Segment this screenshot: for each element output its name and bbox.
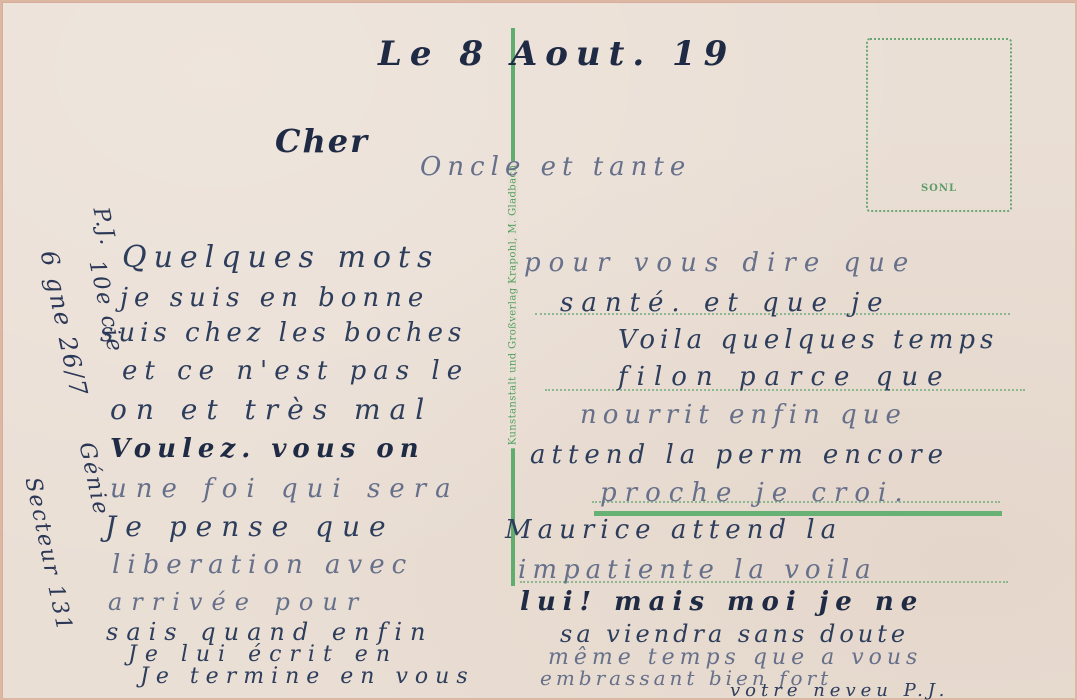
letter-line-5-right: nourrit enfin que bbox=[580, 400, 907, 430]
letter-line-8-left: Je pense que bbox=[105, 510, 395, 543]
margin-note-line-1: P.J. bbox=[88, 205, 121, 249]
letter-line-3-right: Voila quelques temps bbox=[618, 325, 998, 355]
margin-note-line-3: Génie bbox=[74, 440, 114, 518]
letter-signature: votre neveu P.J. bbox=[730, 680, 949, 700]
letter-line-2-right: santé. et que je bbox=[560, 288, 891, 318]
publisher-imprint: Kunstanstalt und Großverlag Krapohl, M. … bbox=[508, 162, 519, 449]
letter-line-6-right: attend la perm encore bbox=[530, 440, 949, 470]
letter-line-10-left: arrivée pour bbox=[108, 588, 367, 616]
letter-line-3-left: suis chez les boches bbox=[100, 318, 466, 348]
letter-line-8-right: Maurice attend la bbox=[505, 515, 842, 545]
letter-salutation: Cher bbox=[275, 122, 369, 160]
letter-line-10-right: lui! mais moi je ne bbox=[520, 587, 924, 617]
letter-date: Le 8 Aout. 19 bbox=[378, 34, 735, 74]
letter-line-7-right: proche je croi. bbox=[600, 478, 911, 508]
letter-line-7-left: une foi qui sera bbox=[110, 474, 460, 504]
letter-line-6-left: Voulez. vous on bbox=[110, 434, 425, 464]
letter-line-9-left: liberation avec bbox=[112, 550, 413, 580]
postcard-back: Kunstanstalt und Großverlag Krapohl, M. … bbox=[0, 0, 1077, 700]
letter-line-13-left: Je termine en vous bbox=[140, 664, 475, 689]
letter-addressee: Oncle et tante bbox=[420, 152, 691, 182]
stamp-box-label: SONL bbox=[868, 183, 1010, 194]
stamp-box: SONL bbox=[866, 38, 1012, 212]
margin-note-line-5: Secteur 131 bbox=[20, 475, 77, 635]
letter-line-4-right: filon parce que bbox=[618, 362, 951, 392]
letter-line-1-right: pour vous dire que bbox=[524, 248, 916, 278]
letter-line-11-right: sa viendra sans doute bbox=[560, 620, 909, 648]
letter-line-5-left: on et très mal bbox=[110, 393, 433, 426]
letter-line-2-left: je suis en bonne bbox=[120, 283, 429, 313]
letter-line-9-right: impatiente la voila bbox=[518, 555, 877, 585]
letter-line-1-left: Quelques mots bbox=[122, 240, 439, 275]
letter-line-4-left: et ce n'est pas le bbox=[122, 356, 469, 386]
